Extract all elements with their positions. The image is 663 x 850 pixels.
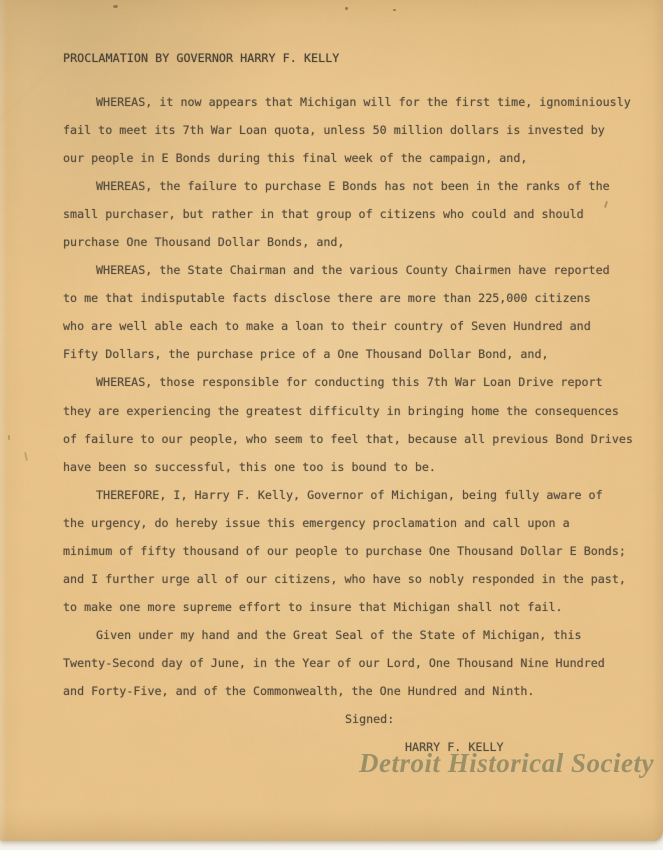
scanned-document: PROCLAMATION BY GOVERNOR HARRY F. KELLY … (0, 0, 663, 850)
signed-label: Signed: (63, 705, 643, 733)
watermark-text: Detroit Historical Society (359, 748, 654, 779)
document-line: Twenty-Second day of June, in the Year o… (63, 649, 643, 677)
document-line: WHEREAS, the State Chairman and the vari… (63, 256, 643, 284)
document-title: PROCLAMATION BY GOVERNOR HARRY F. KELLY (63, 51, 339, 65)
paper-crease (0, 40, 70, 130)
document-line: WHEREAS, the failure to purchase E Bonds… (63, 172, 643, 200)
document-line: Fifty Dollars, the purchase price of a O… (63, 340, 643, 368)
paper-speck (8, 435, 10, 440)
document-line: they are experiencing the greatest diffi… (63, 397, 643, 425)
paper-speck (393, 9, 396, 11)
document-line: who are well able each to make a loan to… (63, 312, 643, 340)
document-line: WHEREAS, it now appears that Michigan wi… (63, 88, 643, 116)
document-line: THEREFORE, I, Harry F. Kelly, Governor o… (63, 481, 643, 509)
document-line: minimum of fifty thousand of our people … (63, 537, 643, 565)
document-line: Given under my hand and the Great Seal o… (63, 621, 643, 649)
document-body: WHEREAS, it now appears that Michigan wi… (63, 88, 643, 761)
paper-speck (345, 7, 348, 10)
document-line: of failure to our people, who seem to fe… (63, 425, 643, 453)
document-line: and Forty-Five, and of the Commonwealth,… (63, 677, 643, 705)
document-line: our people in E Bonds during this final … (63, 144, 643, 172)
document-line: the urgency, do hereby issue this emerge… (63, 509, 643, 537)
document-line: fail to meet its 7th War Loan quota, unl… (63, 116, 643, 144)
document-page: PROCLAMATION BY GOVERNOR HARRY F. KELLY … (0, 0, 663, 841)
paper-speck (24, 452, 28, 461)
document-line: purchase One Thousand Dollar Bonds, and, (63, 228, 643, 256)
paper-speck (113, 5, 118, 8)
document-line: and I further urge all of our citizens, … (63, 565, 643, 593)
document-line: WHEREAS, those responsible for conductin… (63, 368, 643, 396)
document-line: to make one more supreme effort to insur… (63, 593, 643, 621)
document-line: have been so successful, this one too is… (63, 453, 643, 481)
document-line: small purchaser, but rather in that grou… (63, 200, 643, 228)
document-line: to me that indisputable facts disclose t… (63, 284, 643, 312)
